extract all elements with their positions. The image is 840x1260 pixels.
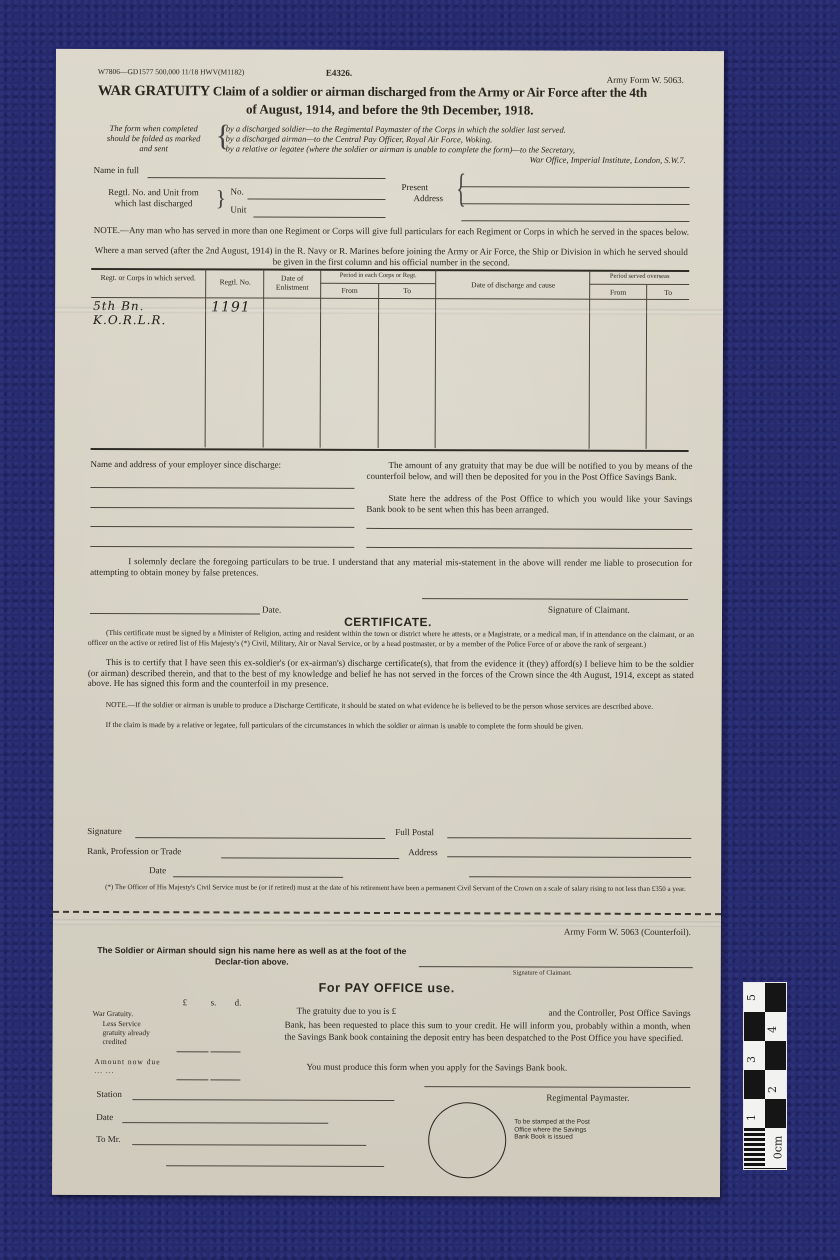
claimant-signature-label: Signature of Claimant.	[548, 605, 630, 615]
ruler-label-0: 0cm	[771, 1136, 784, 1160]
postal-label: Full Postal	[395, 827, 434, 837]
fold-line-3: and sent	[92, 143, 216, 153]
claimant-signature-field[interactable]	[422, 598, 688, 600]
note-navy-service: Where a man served (after the 2nd August…	[91, 245, 691, 268]
form-number: Army Form W. 5063.	[607, 75, 684, 85]
certifier-rank-field[interactable]	[221, 857, 399, 859]
regtl-label-1: Regtl. No. and Unit from	[91, 187, 215, 198]
regtl-no-field[interactable]	[247, 199, 385, 200]
certificate-note-1: NOTE.—If the soldier or airman is unable…	[88, 700, 694, 712]
post-office-instruction: State here the address of the Post Offic…	[366, 493, 692, 515]
present-label: Present	[402, 182, 429, 192]
controller-text: and the Controller, Post Office Savings …	[285, 1006, 691, 1045]
ruler-label-5: 5	[745, 994, 758, 1001]
note-multiple-regiments: NOTE.—Any man who has served in more tha…	[91, 225, 691, 238]
war-gratuity-label: War Gratuity.	[93, 1009, 134, 1018]
post-office-stamp-circle	[428, 1102, 506, 1178]
scale-ruler: 0cm 1 2 3 4 5	[743, 982, 787, 1170]
gratuity-notice: The amount of any gratuity that may be d…	[366, 460, 692, 482]
certifier-date-field[interactable]	[173, 876, 343, 878]
send-to-address: War Office, Imperial Institute, London, …	[226, 153, 686, 165]
employer-label: Name and address of your employer since …	[91, 459, 282, 470]
ref-code: E4326.	[326, 68, 352, 78]
station-field[interactable]	[132, 1099, 394, 1101]
address-line-2[interactable]	[461, 203, 689, 205]
fold-line-1: The form when completed	[92, 123, 216, 133]
send-to-list: by a discharged soldier—to the Regimenta…	[226, 123, 686, 165]
amount-due-shillings[interactable]	[210, 1079, 240, 1080]
postal-address-line-1[interactable]	[447, 837, 691, 839]
station-label: Station	[96, 1089, 122, 1099]
unit-label: Unit	[230, 204, 246, 214]
header-period-to: To	[379, 286, 435, 295]
postal-address-line-3[interactable]	[469, 876, 691, 878]
header-regt: Regt. or Corps in which served.	[93, 273, 203, 282]
certifier-date-label: Date	[149, 865, 166, 875]
to-mr-label: To Mr.	[96, 1134, 120, 1144]
address-line-1[interactable]	[462, 186, 690, 188]
perforation-line[interactable]	[53, 911, 721, 915]
counterfoil-signature-field[interactable]	[419, 966, 693, 968]
counterfoil-date-label: Date	[96, 1112, 113, 1122]
to-mr-field[interactable]	[132, 1144, 366, 1146]
unit-field[interactable]	[253, 217, 385, 218]
employer-line-3[interactable]	[90, 526, 354, 528]
stamp-instruction: To be stamped at the Post Office where t…	[514, 1118, 600, 1141]
form-title: WAR GRATUITY Claim of a soldier or airma…	[98, 83, 698, 102]
post-office-line-2[interactable]	[366, 547, 692, 549]
sign-instruction: The Soldier or Airman should sign his na…	[97, 945, 407, 968]
name-label: Name in full	[94, 165, 140, 175]
postal-address-line-2[interactable]	[447, 856, 691, 858]
to-mr-field-2[interactable]	[166, 1165, 384, 1167]
employer-line-2[interactable]	[90, 507, 354, 509]
less-service-pounds[interactable]	[177, 1051, 209, 1052]
post-office-line-1[interactable]	[366, 528, 692, 530]
header-period-from: From	[321, 286, 378, 295]
regtl-label-2: which last discharged	[91, 198, 215, 209]
pence-header: d.	[235, 997, 242, 1007]
fold-instruction: The form when completed should be folded…	[92, 123, 216, 153]
amount-due-label: Amount now due ... ...	[94, 1057, 170, 1075]
header-discharge: Date of discharge and cause	[437, 280, 589, 290]
regtl-brace: }	[215, 185, 226, 211]
title-bold: WAR GRATUITY	[98, 83, 210, 99]
less-service-label: Less Service gratuity already credited	[103, 1019, 165, 1046]
declaration-text: I solemnly declare the foregoing particu…	[90, 556, 692, 580]
employer-line-4[interactable]	[90, 546, 354, 548]
address-brace: {	[456, 168, 466, 208]
name-field[interactable]	[148, 177, 386, 179]
paymaster-label: Regimental Paymaster.	[546, 1093, 629, 1103]
header-overseas: Period served overseas	[590, 273, 689, 280]
certificate-text: This is to certify that I have seen this…	[88, 657, 694, 691]
amount-due-pounds[interactable]	[176, 1079, 208, 1080]
ruler-label-3: 3	[745, 1056, 758, 1063]
send-to-relative: by a relative or legatee (where the sold…	[226, 143, 686, 155]
employer-line-1[interactable]	[90, 487, 354, 489]
certifier-rank-label: Rank, Profession or Trade	[87, 846, 181, 856]
certifier-signature-label: Signature	[87, 826, 122, 836]
title-rest: Claim of a soldier or airman discharged …	[213, 83, 647, 100]
header-regtl-no: Regtl. No.	[207, 277, 263, 286]
counterfoil-date-field[interactable]	[122, 1122, 328, 1124]
war-gratuity-form: W7806—GD1577 500,000 11/18 HWV(M1182) E4…	[52, 49, 724, 1197]
less-service-shillings[interactable]	[211, 1051, 241, 1052]
ruler-label-2: 2	[766, 1086, 779, 1093]
produce-form-text: You must produce this form when you appl…	[306, 1062, 567, 1073]
counterfoil-signature-label: Signature of Claimant.	[513, 969, 572, 976]
counterfoil-form-number: Army Form W. 5063 (Counterfoil).	[564, 927, 691, 937]
header-overseas-to: To	[647, 288, 689, 297]
header-period: Period in each Corps or Regt.	[321, 272, 435, 279]
postal-address-label: Address	[408, 847, 438, 857]
header-overseas-from: From	[590, 288, 646, 297]
address-label: Address	[413, 193, 443, 203]
civil-service-footnote: (*) The Officer of His Majesty's Civil S…	[87, 883, 693, 894]
header-enlistment: Date of Enlistment	[265, 274, 319, 292]
address-line-3[interactable]	[461, 220, 689, 222]
fold-line-2: should be folded as marked	[92, 133, 216, 143]
form-title-line2: of August, 1914, and before the 9th Dece…	[56, 101, 724, 119]
regtl-label: Regtl. No. and Unit from which last disc…	[91, 187, 215, 209]
pay-office-title: For PAY OFFICE use.	[53, 980, 721, 996]
service-table: Regt. or Corps in which served. Regtl. N…	[91, 269, 690, 451]
shilling-header: s.	[211, 997, 217, 1007]
certificate-note-2: If the claim is made by a relative or le…	[88, 720, 694, 732]
declaration-date-label: Date.	[262, 605, 281, 615]
paymaster-signature-field[interactable]	[424, 1086, 690, 1088]
no-label: No.	[230, 186, 243, 196]
ruler-label-4: 4	[766, 1026, 779, 1033]
print-code: W7806—GD1577 500,000 11/18 HWV(M1182)	[98, 67, 245, 77]
certificate-instructions: (This certificate must be signed by a Mi…	[88, 628, 694, 649]
certifier-signature-field[interactable]	[135, 837, 385, 839]
ruler-label-1: 1	[745, 1114, 758, 1121]
pound-header: £	[183, 997, 188, 1007]
